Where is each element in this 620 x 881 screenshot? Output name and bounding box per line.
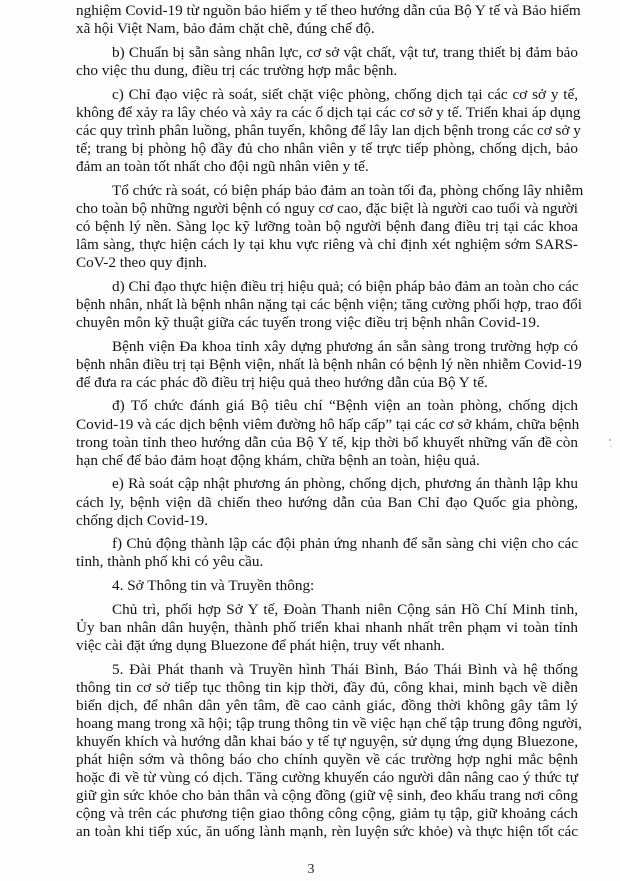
paragraph-p4: d) Chỉ đạo thực hiện điều trị hiệu quả; …: [76, 278, 578, 332]
paragraph-p10: Chủ trì, phối hợp Sở Y tế, Đoàn Thanh ni…: [76, 601, 578, 655]
text-line: để đưa ra các phác đồ điều trị hiệu quả …: [76, 374, 578, 392]
text-line: Covid-19 và các dịch bệnh viêm đường hô …: [76, 416, 578, 434]
text-line: bệnh nhân, nhất là bệnh nhân nặng tại cá…: [76, 296, 578, 314]
text-line: khuyến khích và hướng dẫn khai báo y tế …: [76, 733, 578, 751]
text-line: an toàn khi tiếp xúc, ăn uống lành mạnh,…: [76, 823, 578, 841]
text-line: hoang mang trong xã hội; tập trung thông…: [76, 715, 578, 733]
text-line: cách ly, bệnh viện dã chiến theo hướng d…: [76, 494, 578, 512]
paragraph-p6: đ) Tổ chức đánh giá Bộ tiêu chí “Bệnh vi…: [76, 397, 578, 469]
text-line: d) Chỉ đạo thực hiện điều trị hiệu quả; …: [76, 278, 578, 296]
text-line: Tổ chức rà soát, có biện pháp bảo đảm an…: [76, 182, 578, 200]
paragraph-p1: b) Chuẩn bị sẵn sàng nhân lực, cơ sở vật…: [76, 44, 578, 80]
text-line: hoặc đi về từ vùng có dịch. Tăng cường k…: [76, 769, 578, 787]
text-line: cho toàn bộ những người bệnh có nguy cơ …: [76, 200, 578, 218]
paragraph-p3: Tổ chức rà soát, có biện pháp bảo đảm an…: [76, 182, 578, 272]
text-line: b) Chuẩn bị sẵn sàng nhân lực, cơ sở vật…: [76, 44, 578, 62]
paragraph-p11: 5. Đài Phát thanh và Truyền hình Thái Bì…: [76, 661, 578, 842]
paragraph-p8: f) Chủ động thành lập các đội phản ứng n…: [76, 535, 578, 571]
text-line: bệnh nhân điều trị tại Bệnh viện, nhất l…: [76, 356, 578, 374]
scan-artifact: [610, 446, 612, 447]
document-body: nghiệm Covid-19 từ nguồn bảo hiểm y tế t…: [76, 2, 578, 847]
text-line: xã hội Việt Nam, bảo đảm chặt chẽ, đúng …: [76, 20, 578, 38]
text-line: đảm an toàn tốt nhất cho đội ngũ nhân vi…: [76, 158, 578, 176]
paragraph-p9: 4. Sở Thông tin và Truyền thông:: [76, 577, 578, 595]
text-line: các quy trình phân luồng, phân tuyến, kh…: [76, 122, 578, 140]
text-line: không để xảy ra lây chéo và xảy ra các ổ…: [76, 104, 578, 122]
text-line: chuyên môn kỹ thuật giữa các tuyến trong…: [76, 314, 578, 332]
text-line: CoV-2 theo quy định.: [76, 254, 578, 272]
text-line: phát hiện sớm và thông báo cho chính quy…: [76, 751, 578, 769]
text-line: giữ gìn sức khỏe cho bản thân và cộng đồ…: [76, 787, 578, 805]
text-line: cộng và trên các phương tiện giao thông …: [76, 805, 578, 823]
page-number: 3: [300, 862, 322, 878]
text-line: thông tin cơ sở tiếp tục thông tin kịp t…: [76, 679, 578, 697]
text-line: việc cài đặt ứng dụng Bluezone để phát h…: [76, 637, 578, 655]
text-line: có bệnh lý nền. Sàng lọc kỹ lưỡng toàn b…: [76, 218, 578, 236]
text-line: lâm sàng, thực hiện cách ly tại khu vực …: [76, 236, 578, 254]
text-line: Bệnh viện Đa khoa tỉnh xây dựng phương á…: [76, 338, 578, 356]
text-line: Ủy ban nhân dân huyện, thành phố triển k…: [76, 619, 578, 637]
document-page: nghiệm Covid-19 từ nguồn bảo hiểm y tế t…: [0, 0, 620, 881]
paragraph-p2: c) Chỉ đạo việc rà soát, siết chặt việc …: [76, 86, 578, 176]
text-line: đ) Tổ chức đánh giá Bộ tiêu chí “Bệnh vi…: [76, 397, 578, 415]
text-line: trong toàn tỉnh theo hướng dẫn của Bộ Y …: [76, 434, 578, 452]
text-line: hạn chế để bảo đảm hoạt động khám, chữa …: [76, 452, 578, 470]
text-line: cho việc thu dung, điều trị các trường h…: [76, 62, 578, 80]
paragraph-p0: nghiệm Covid-19 từ nguồn bảo hiểm y tế t…: [76, 2, 578, 38]
text-line: chống dịch Covid-19.: [76, 512, 578, 530]
text-line: c) Chỉ đạo việc rà soát, siết chặt việc …: [76, 86, 578, 104]
text-line: nghiệm Covid-19 từ nguồn bảo hiểm y tế t…: [76, 2, 578, 20]
paragraph-p5: Bệnh viện Đa khoa tỉnh xây dựng phương á…: [76, 338, 578, 392]
scan-artifact: [609, 439, 611, 441]
text-line: e) Rà soát cập nhật phương án phòng, chố…: [76, 475, 578, 493]
text-line: f) Chủ động thành lập các đội phản ứng n…: [76, 535, 578, 553]
paragraph-p7: e) Rà soát cập nhật phương án phòng, chố…: [76, 475, 578, 529]
text-line: biến dịch, để nhân dân yên tâm, đề cao c…: [76, 697, 578, 715]
text-line: tỉnh, thành phố khi có yêu cầu.: [76, 553, 578, 571]
text-line: 4. Sở Thông tin và Truyền thông:: [76, 577, 578, 595]
text-line: Chủ trì, phối hợp Sở Y tế, Đoàn Thanh ni…: [76, 601, 578, 619]
text-line: tế; trang bị phòng hộ đầy đủ cho nhân vi…: [76, 140, 578, 158]
text-line: 5. Đài Phát thanh và Truyền hình Thái Bì…: [76, 661, 578, 679]
